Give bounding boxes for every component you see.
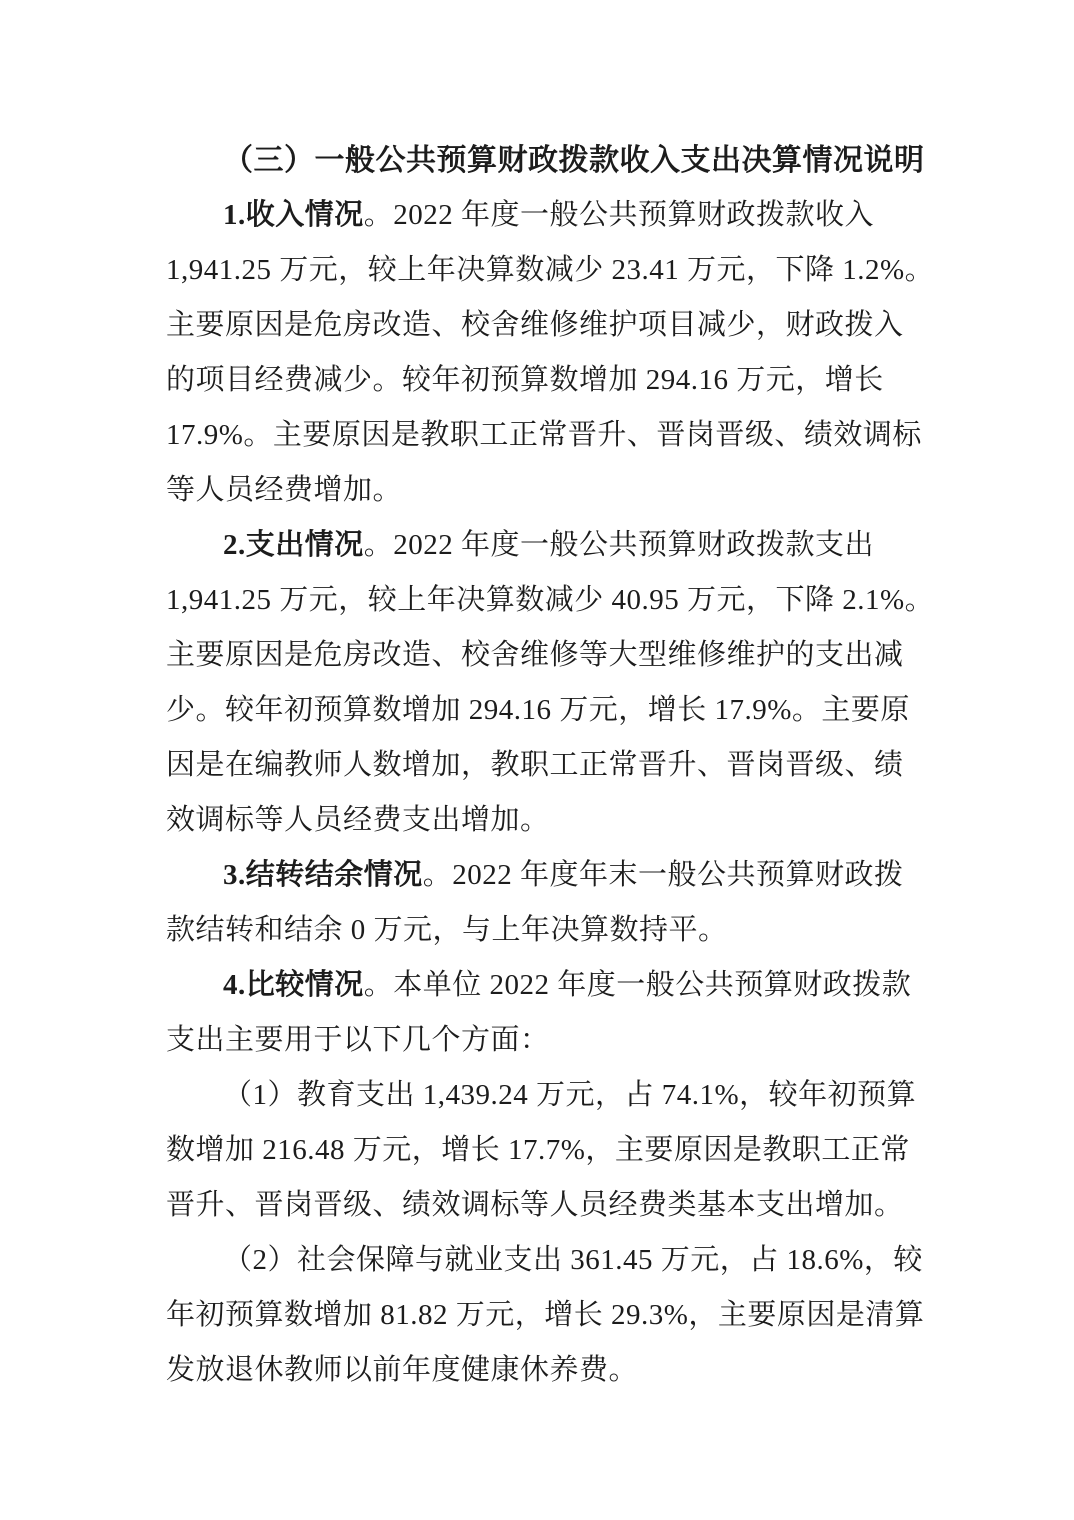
- line-text: 等人员经费增加。: [166, 474, 402, 506]
- section-heading-text: （三）一般公共预算财政拨款收入支出决算情况说明: [223, 144, 925, 177]
- line-text: 。本单位 2022 年度一般公共预算财政拨款: [364, 969, 912, 1001]
- text-line: 1,941.25 万元，较上年决算数减少 23.41 万元，下降 1.2%。: [166, 243, 956, 298]
- line-text: 17.9%。主要原因是教职工正常晋升、晋岗晋级、绩效调标: [166, 419, 922, 451]
- line-text: 主要原因是危房改造、校舍维修等大型维修维护的支出减: [166, 639, 904, 671]
- text-line: 发放退休教师以前年度健康休养费。: [166, 1343, 956, 1398]
- line-text: 。2022 年度一般公共预算财政拨款支出: [364, 529, 874, 561]
- line-text: 少。较年初预算数增加 294.16 万元，增长 17.9%。主要原: [166, 694, 910, 726]
- paragraph-heading-label: 3.结转结余情况: [223, 859, 423, 891]
- text-line: 3.结转结余情况。2022 年度年末一般公共预算财政拨: [166, 848, 956, 903]
- line-text: 1,941.25 万元，较上年决算数减少 40.95 万元，下降 2.1%。: [166, 584, 934, 616]
- line-text: 发放退休教师以前年度健康休养费。: [166, 1354, 638, 1386]
- document-page: （三）一般公共预算财政拨款收入支出决算情况说明1.收入情况。2022 年度一般公…: [0, 0, 1074, 1520]
- paragraph-heading-label: 4.比较情况: [223, 969, 364, 1001]
- text-line: 晋升、晋岗晋级、绩效调标等人员经费类基本支出增加。: [166, 1178, 956, 1233]
- line-text: 效调标等人员经费支出增加。: [166, 804, 550, 836]
- text-line: 的项目经费减少。较年初预算数增加 294.16 万元，增长: [166, 353, 956, 408]
- line-text: 因是在编教师人数增加，教职工正常晋升、晋岗晋级、绩: [166, 749, 904, 781]
- paragraph-heading-label: 2.支出情况: [223, 529, 364, 561]
- line-text: 晋升、晋岗晋级、绩效调标等人员经费类基本支出增加。: [166, 1189, 904, 1221]
- line-text: 。2022 年度年末一般公共预算财政拨: [423, 859, 904, 891]
- paragraph-heading-label: 1.收入情况: [223, 199, 364, 231]
- section-heading: （三）一般公共预算财政拨款收入支出决算情况说明: [166, 133, 956, 188]
- line-text: （1）教育支出 1,439.24 万元，占 74.1%，较年初预算: [223, 1079, 916, 1111]
- line-text: （2）社会保障与就业支出 361.45 万元，占 18.6%，较: [223, 1244, 923, 1276]
- text-line: （2）社会保障与就业支出 361.45 万元，占 18.6%，较: [166, 1233, 956, 1288]
- text-line: 效调标等人员经费支出增加。: [166, 793, 956, 848]
- text-line: 1,941.25 万元，较上年决算数减少 40.95 万元，下降 2.1%。: [166, 573, 956, 628]
- text-line: 款结转和结余 0 万元，与上年决算数持平。: [166, 903, 956, 958]
- line-text: 主要原因是危房改造、校舍维修维护项目减少，财政拨入: [166, 309, 904, 341]
- document-body: （三）一般公共预算财政拨款收入支出决算情况说明1.收入情况。2022 年度一般公…: [166, 133, 956, 1398]
- text-line: 2.支出情况。2022 年度一般公共预算财政拨款支出: [166, 518, 956, 573]
- text-line: 主要原因是危房改造、校舍维修维护项目减少，财政拨入: [166, 298, 956, 353]
- line-text: 款结转和结余 0 万元，与上年决算数持平。: [166, 914, 728, 946]
- line-text: 支出主要用于以下几个方面：: [166, 1024, 550, 1056]
- text-line: 17.9%。主要原因是教职工正常晋升、晋岗晋级、绩效调标: [166, 408, 956, 463]
- text-line: 因是在编教师人数增加，教职工正常晋升、晋岗晋级、绩: [166, 738, 956, 793]
- text-line: 等人员经费增加。: [166, 463, 956, 518]
- line-text: 1,941.25 万元，较上年决算数减少 23.41 万元，下降 1.2%。: [166, 254, 934, 286]
- line-text: 年初预算数增加 81.82 万元，增长 29.3%，主要原因是清算: [166, 1299, 924, 1331]
- text-line: 数增加 216.48 万元，增长 17.7%，主要原因是教职工正常: [166, 1123, 956, 1178]
- text-line: 少。较年初预算数增加 294.16 万元，增长 17.9%。主要原: [166, 683, 956, 738]
- text-line: 1.收入情况。2022 年度一般公共预算财政拨款收入: [166, 188, 956, 243]
- line-text: 。2022 年度一般公共预算财政拨款收入: [364, 199, 874, 231]
- text-line: 4.比较情况。本单位 2022 年度一般公共预算财政拨款: [166, 958, 956, 1013]
- text-line: 主要原因是危房改造、校舍维修等大型维修维护的支出减: [166, 628, 956, 683]
- text-line: （1）教育支出 1,439.24 万元，占 74.1%，较年初预算: [166, 1068, 956, 1123]
- line-text: 数增加 216.48 万元，增长 17.7%，主要原因是教职工正常: [166, 1134, 910, 1166]
- text-line: 支出主要用于以下几个方面：: [166, 1013, 956, 1068]
- text-line: 年初预算数增加 81.82 万元，增长 29.3%，主要原因是清算: [166, 1288, 956, 1343]
- line-text: 的项目经费减少。较年初预算数增加 294.16 万元，增长: [166, 364, 884, 396]
